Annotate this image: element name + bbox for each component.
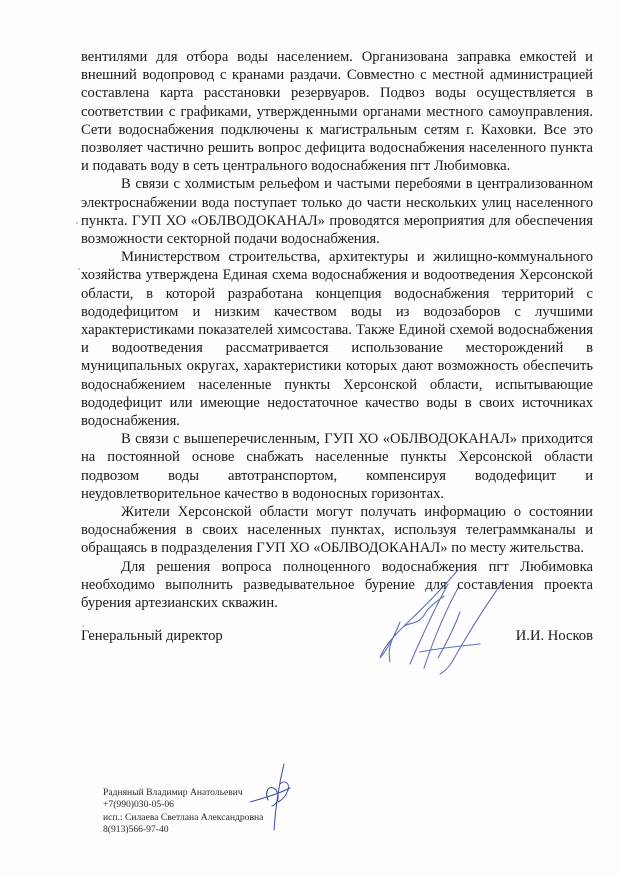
signatory-name: И.И. Носков	[516, 628, 593, 645]
handwritten-signature-icon	[360, 566, 510, 676]
paragraph-3: Министерством строительства, архитектуры…	[81, 248, 593, 430]
scan-speck	[82, 625, 84, 627]
letter-body: вентилями для отбора воды населением. Ор…	[81, 48, 593, 612]
paragraph-2: В связи с холмистым рельефом и частыми п…	[81, 175, 593, 248]
paragraph-4: В связи с вышеперечисленным, ГУП ХО «ОБЛ…	[81, 430, 593, 503]
paragraph-5: Жители Херсонской области могут получать…	[81, 503, 593, 558]
signature-block: Генеральный директор И.И. Носков	[81, 628, 593, 652]
signatory-title: Генеральный директор	[81, 628, 223, 645]
document-page: вентилями для отбора воды населением. Ор…	[0, 0, 620, 876]
footer-phone-1: +7(990)030-05-06	[103, 799, 263, 811]
paragraph-6: Для решения вопроса полноценного водосна…	[81, 558, 593, 613]
footer-executor: исп.: Силаева Светлана Александровна	[103, 812, 263, 824]
paragraph-1: вентилями для отбора воды населением. Ор…	[81, 48, 593, 175]
footer-phone-2: 8(913)566-97-40	[103, 824, 263, 836]
footer-responsible-person: Радняный Владимир Анатольевич	[103, 787, 263, 799]
scan-speck	[76, 222, 78, 224]
scan-speck	[78, 268, 80, 270]
contact-footer: Радняный Владимир Анатольевич +7(990)030…	[103, 787, 263, 837]
